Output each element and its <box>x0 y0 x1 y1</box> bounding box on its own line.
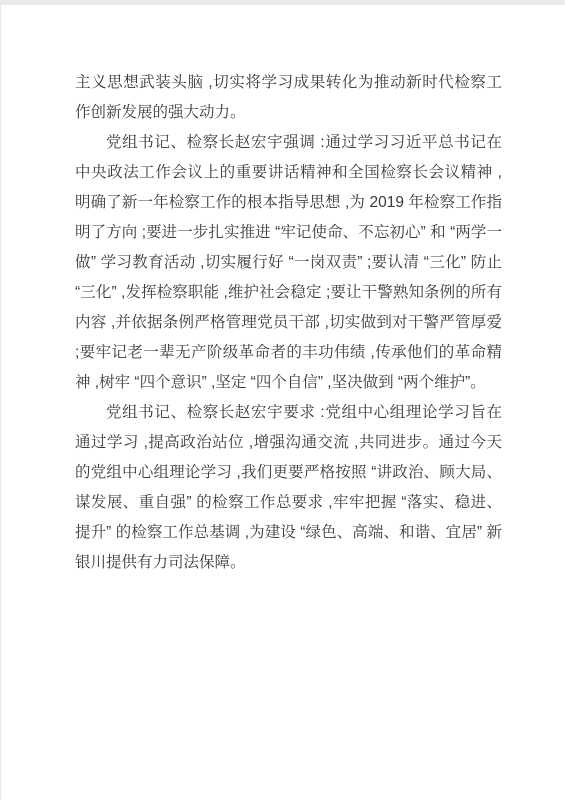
document-paragraph: 党组书记、检察长赵宏宇要求 :党组中心组理论学习旨在通过学习 ,提高政治站位 ,… <box>75 398 502 578</box>
document-paragraph: 党组书记、检察长赵宏宇强调 :通过学习习近平总书记在中央政法工作会议上的重要讲话… <box>75 128 502 398</box>
document-page: 主义思想武装头脑 ,切实将学习成果转化为推动新时代检察工作创新发展的强大动力。 … <box>1 5 565 800</box>
document-paragraph: 主义思想武装头脑 ,切实将学习成果转化为推动新时代检察工作创新发展的强大动力。 <box>75 68 502 128</box>
